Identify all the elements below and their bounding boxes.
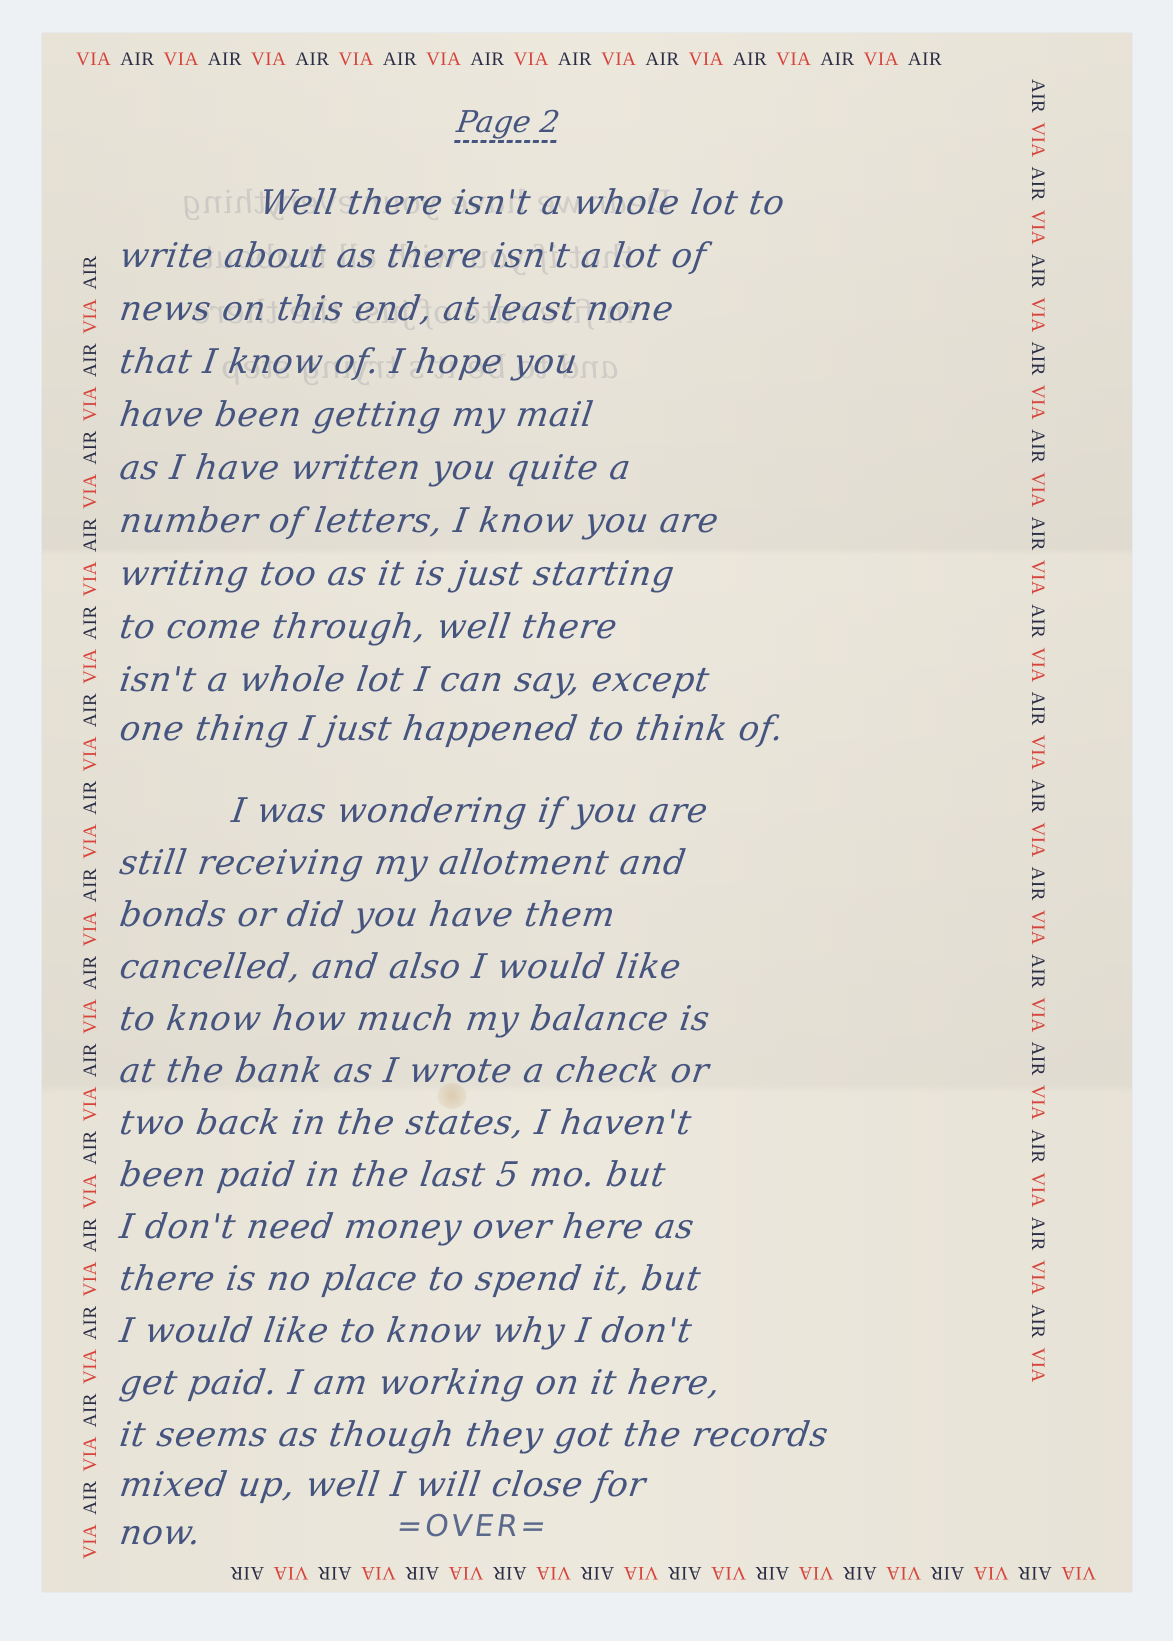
airmail-border-word: VIA <box>80 1174 101 1209</box>
airmail-border-word: VIA <box>361 1562 396 1583</box>
airmail-border-word: VIA <box>80 824 101 859</box>
airmail-border-word: AIR <box>80 1130 101 1164</box>
airmail-border-word: VIA <box>798 1562 833 1583</box>
airmail-border-word: VIA <box>76 49 111 70</box>
airmail-border-word: VIA <box>623 1562 658 1583</box>
airmail-border-word: AIR <box>1027 604 1048 638</box>
airmail-border-word: AIR <box>1027 429 1048 463</box>
airmail-border-word: VIA <box>80 299 101 334</box>
letter-line: have been getting my mail <box>117 395 596 435</box>
airmail-border-top: VIAAIRVIAAIRVIAAIRVIAAIRVIAAIRVIAAIRVIAA… <box>76 47 1096 73</box>
airmail-border-word: AIR <box>492 1562 526 1583</box>
airmail-border-word: AIR <box>1027 954 1048 988</box>
letter-line: news on this end, at least none <box>117 289 676 329</box>
letter-line: I would like to know why I don't <box>117 1311 694 1351</box>
airmail-border-word: AIR <box>80 518 101 552</box>
airmail-border-word: VIA <box>339 49 374 70</box>
airmail-border-word: VIA <box>1027 822 1048 857</box>
airmail-border-word: VIA <box>1027 210 1048 245</box>
airmail-border-word: VIA <box>886 1562 921 1583</box>
airmail-border-word: AIR <box>317 1562 351 1583</box>
airmail-border-word: AIR <box>1027 517 1048 551</box>
airmail-border-word: VIA <box>80 999 101 1034</box>
letter-line: get paid. I am working on it here, <box>117 1363 723 1403</box>
airmail-border-word: AIR <box>1027 1042 1048 1076</box>
airmail-border-word: VIA <box>80 1524 101 1559</box>
airmail-border-word: VIA <box>973 1562 1008 1583</box>
airmail-border-word: VIA <box>1027 1085 1048 1120</box>
airmail-border-word: VIA <box>1061 1562 1096 1583</box>
airmail-border-word: AIR <box>930 1562 964 1583</box>
airmail-border-word: VIA <box>80 1086 101 1121</box>
airmail-border-word: AIR <box>908 49 942 70</box>
airmail-border-word: AIR <box>295 49 329 70</box>
airmail-border-word: VIA <box>426 49 461 70</box>
airmail-border-word: VIA <box>1027 1172 1048 1207</box>
letter-line: been paid in the last 5 mo. but <box>117 1155 668 1195</box>
airmail-border-word: AIR <box>80 1480 101 1514</box>
airmail-border-word: AIR <box>580 1562 614 1583</box>
letter-line: to come through, well there <box>117 607 620 647</box>
airmail-border-word: VIA <box>776 49 811 70</box>
airmail-border-word: VIA <box>689 49 724 70</box>
letter-line: still receiving my allotment and <box>117 843 688 883</box>
airmail-border-word: AIR <box>1027 1217 1048 1251</box>
letter-line: isn't a whole lot I can say, except <box>117 660 712 700</box>
letter-line: Well there isn't a whole lot to <box>257 183 787 223</box>
letter-line: number of letters, I know you are <box>117 501 721 541</box>
airmail-border-word: AIR <box>842 1562 876 1583</box>
airmail-border-word: AIR <box>1027 79 1048 113</box>
airmail-border-word: VIA <box>1027 472 1048 507</box>
airmail-border-word: VIA <box>1027 560 1048 595</box>
airmail-border-word: VIA <box>1027 297 1048 332</box>
airmail-border-word: AIR <box>80 1393 101 1427</box>
airmail-border-word: AIR <box>1027 167 1048 201</box>
letter-line: I don't need money over here as <box>117 1207 697 1247</box>
airmail-border-word: VIA <box>536 1562 571 1583</box>
airmail-border-word: VIA <box>1027 910 1048 945</box>
airmail-border-word: AIR <box>230 1562 264 1583</box>
letter-line: mixed up, well I will close for <box>117 1465 648 1505</box>
airmail-border-word: VIA <box>80 474 101 509</box>
letter-line: that I know of. I hope you <box>117 342 580 382</box>
letter-line: it seems as though they got the records <box>117 1415 831 1455</box>
airmail-border-word: VIA <box>864 49 899 70</box>
airmail-border-word: AIR <box>1027 342 1048 376</box>
airmail-border-word: VIA <box>1027 1260 1048 1295</box>
letter-line: bonds or did you have them <box>117 895 618 935</box>
letter-line: I was wondering if you are <box>229 791 710 831</box>
airmail-border-word: AIR <box>120 49 154 70</box>
airmail-border-word: AIR <box>558 49 592 70</box>
airmail-border-word: AIR <box>80 430 101 464</box>
airmail-border-word: AIR <box>80 780 101 814</box>
airmail-border-word: VIA <box>80 1349 101 1384</box>
airmail-border-word: VIA <box>251 49 286 70</box>
airmail-border-word: AIR <box>80 605 101 639</box>
letter-line: write about as there isn't a lot of <box>117 236 709 276</box>
airmail-border-word: AIR <box>383 49 417 70</box>
airmail-border-word: VIA <box>164 49 199 70</box>
letter-line: two back in the states, I haven't <box>117 1103 694 1143</box>
airmail-border-word: VIA <box>80 561 101 596</box>
letter-line: there is no place to spend it, but <box>117 1259 703 1299</box>
airmail-border-word: AIR <box>80 693 101 727</box>
airmail-border-word: AIR <box>820 49 854 70</box>
airmail-border-word: VIA <box>80 386 101 421</box>
airmail-border-word: VIA <box>80 736 101 771</box>
airmail-border-left: VIAAIRVIAAIRVIAAIRVIAAIRVIAAIRVIAAIRVIAA… <box>78 79 104 1559</box>
airmail-border-word: VIA <box>80 649 101 684</box>
airmail-border-word: AIR <box>80 1218 101 1252</box>
airmail-border-word: VIA <box>80 911 101 946</box>
airmail-border-word: AIR <box>1017 1562 1051 1583</box>
letter-page: VIAAIRVIAAIRVIAAIRVIAAIRVIAAIRVIAAIRVIAA… <box>42 33 1132 1592</box>
airmail-border-word: AIR <box>1027 867 1048 901</box>
airmail-border-word: AIR <box>80 255 101 289</box>
airmail-border-word: AIR <box>80 868 101 902</box>
letter-line: cancelled, and also I would like <box>117 947 684 987</box>
airmail-border-word: AIR <box>80 1043 101 1077</box>
airmail-border-word: VIA <box>273 1562 308 1583</box>
airmail-border-word: VIA <box>1027 735 1048 770</box>
letter-line: at the bank as I wrote a check or <box>117 1051 711 1091</box>
airmail-border-word: AIR <box>80 1305 101 1339</box>
letter-line: as I have written you quite a <box>117 448 633 488</box>
airmail-border-word: AIR <box>645 49 679 70</box>
over-mark: =OVER= <box>395 1509 552 1544</box>
airmail-border-word: VIA <box>1027 647 1048 682</box>
airmail-border-word: AIR <box>1027 254 1048 288</box>
airmail-border-word: AIR <box>80 955 101 989</box>
page-number-header: Page 2 <box>455 105 562 140</box>
airmail-border-word: VIA <box>1027 1347 1048 1382</box>
airmail-border-word: AIR <box>405 1562 439 1583</box>
airmail-border-word: AIR <box>1027 692 1048 726</box>
airmail-border-word: AIR <box>1027 1304 1048 1338</box>
airmail-border-word: AIR <box>733 49 767 70</box>
letter-line: one thing I just happened to think of. <box>117 709 786 749</box>
airmail-border-word: AIR <box>1027 1129 1048 1163</box>
airmail-border-word: AIR <box>667 1562 701 1583</box>
airmail-border-word: VIA <box>80 1261 101 1296</box>
airmail-border-word: VIA <box>601 49 636 70</box>
airmail-border-right: AIRVIAAIRVIAAIRVIAAIRVIAAIRVIAAIRVIAAIRV… <box>1024 79 1050 1559</box>
letter-line: to know how much my balance is <box>117 999 712 1039</box>
airmail-border-word: AIR <box>1027 779 1048 813</box>
letter-line: now. <box>117 1513 203 1553</box>
airmail-border-word: VIA <box>711 1562 746 1583</box>
airmail-border-word: VIA <box>1027 385 1048 420</box>
airmail-border-word: AIR <box>755 1562 789 1583</box>
airmail-border-word: AIR <box>80 343 101 377</box>
airmail-border-word: AIR <box>470 49 504 70</box>
airmail-border-word: VIA <box>1027 997 1048 1032</box>
airmail-border-word: VIA <box>448 1562 483 1583</box>
airmail-border-bottom: VIAAIRVIAAIRVIAAIRVIAAIRVIAAIRVIAAIRVIAA… <box>76 1559 1096 1585</box>
airmail-border-word: VIA <box>514 49 549 70</box>
airmail-border-word: AIR <box>208 49 242 70</box>
airmail-border-word: VIA <box>80 1436 101 1471</box>
letter-line: writing too as it is just starting <box>117 554 677 594</box>
airmail-border-word: VIA <box>1027 122 1048 157</box>
